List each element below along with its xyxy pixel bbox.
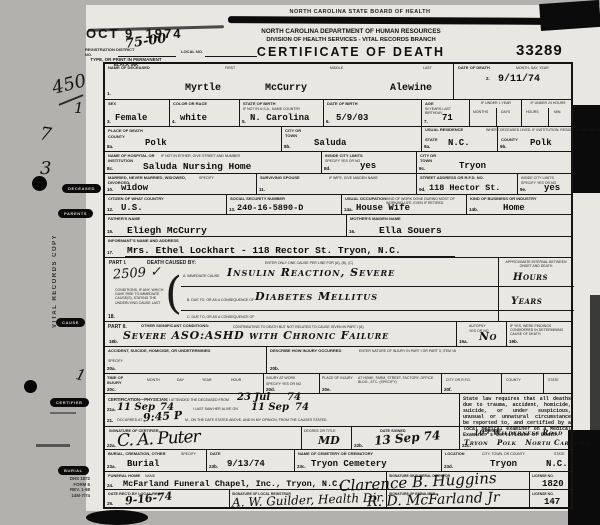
certificate-title: CERTIFICATE OF DEATH bbox=[230, 45, 472, 59]
res-city-number: 9c. bbox=[419, 166, 425, 171]
occupation-label: USUAL OCCUPATION bbox=[345, 197, 386, 202]
burial-date-label: DATE bbox=[210, 452, 221, 457]
how-injury-label: DESCRIBE HOW INJURY OCCURRED bbox=[270, 349, 341, 354]
injury-city-label: CITY OR R.F.D. bbox=[446, 378, 471, 382]
hole-punch-top bbox=[32, 176, 47, 191]
certificate-number: 33289 bbox=[516, 42, 563, 59]
field-date-signed: DATE SIGNED 22b. 13 Sep 74 bbox=[351, 426, 459, 449]
field-business: KIND OF BUSINESS OR INDUSTRY 14b. Home bbox=[466, 194, 573, 214]
division-line: DIVISION OF HEALTH SERVICES - VITAL RECO… bbox=[235, 37, 467, 43]
spouse-sub: IF WIFE, GIVE MAIDEN NAME bbox=[329, 176, 378, 180]
dod-sub: MONTH, DAY, YEAR bbox=[516, 66, 566, 70]
cause-a-value: Insulin Reaction, Severe bbox=[227, 266, 395, 279]
field-place-of-death-city: CITY OR TOWN 8b. Saluda bbox=[281, 126, 421, 151]
license-2-label: LICENSE NO. bbox=[532, 492, 554, 496]
right-edge-shadow-2 bbox=[590, 295, 600, 435]
mother-label: MOTHER'S MAIDEN NAME bbox=[350, 217, 401, 222]
tab-deceased: DECEASED bbox=[62, 184, 101, 193]
time-of-death-value: 9:45 P bbox=[143, 409, 183, 425]
informant-value: Mrs. Ethel Lockhart - 118 Rector St. Try… bbox=[127, 245, 401, 256]
torn-corner bbox=[539, 0, 600, 31]
margin-dash-2 bbox=[36, 444, 70, 447]
res-state-value: N.C. bbox=[448, 138, 470, 148]
attended-label: I ATTENDED THE DECEASED FROM bbox=[169, 398, 229, 402]
res-city-label: CITY OR TOWN bbox=[420, 154, 444, 164]
interval-label: APPROXIMATE INTERVAL BETWEEN ONSET AND D… bbox=[502, 260, 570, 268]
race-number: 4. bbox=[172, 119, 176, 124]
degree-value: MD bbox=[318, 434, 340, 447]
form-code-4: 14M-7/74 bbox=[42, 493, 90, 499]
under24-hours: HOURS bbox=[526, 110, 539, 114]
business-value: Home bbox=[503, 203, 525, 213]
ssn-label: SOCIAL SECURITY NUMBER bbox=[230, 197, 285, 202]
field-sex: SEX 3. Female bbox=[105, 99, 169, 126]
field-date-of-birth: DATE OF BIRTH 6. 5/9/03 bbox=[323, 99, 421, 126]
res-city-value: Tryon bbox=[459, 161, 486, 171]
funeral-home-sub: NAME bbox=[145, 474, 155, 478]
burial-date-value: 9/13/74 bbox=[227, 459, 265, 469]
location-sub-city: CITY, TOWN, OR COUNTY bbox=[482, 452, 525, 456]
accident-number: 20a. bbox=[107, 366, 116, 371]
field-surviving-spouse: SURVIVING SPOUSE IF WIFE, GIVE MAIDEN NA… bbox=[256, 173, 416, 194]
interval-a-value: Hours bbox=[513, 272, 548, 283]
hospital-value: Saluda Nursing Home bbox=[143, 161, 251, 172]
field-mother: MOTHER'S MAIDEN NAME 16. Ella Souers bbox=[346, 214, 573, 236]
accident-label: ACCIDENT, SUICIDE, HOMICIDE, OR UNDETERM… bbox=[108, 349, 228, 354]
pod-county-value: Polk bbox=[145, 138, 167, 148]
findings-number: 19b. bbox=[509, 339, 518, 344]
field-residence-state: USUAL RESIDENCE WHERE DECEASED LIVED. IF… bbox=[421, 126, 497, 151]
dod-label: DATE OF DEATH bbox=[458, 66, 490, 71]
field-burial-date: DATE 23b. 9/13/74 bbox=[206, 449, 294, 471]
field-place-of-injury: PLACE OF INJURY AT HOME, FARM, STREET, F… bbox=[319, 373, 441, 393]
under1-divider bbox=[496, 108, 497, 127]
field-accident-type: ACCIDENT, SUICIDE, HOMICIDE, OR UNDETERM… bbox=[105, 346, 266, 373]
address-line-1: 107 Wilderness Road bbox=[474, 428, 563, 437]
time-injury-year: YEAR bbox=[202, 378, 212, 382]
pod-county-number: 8a. bbox=[107, 144, 113, 149]
how-injury-number: 20b. bbox=[270, 366, 279, 371]
location-label: LOCATION bbox=[445, 452, 465, 457]
time-injury-hour: HOUR bbox=[231, 378, 241, 382]
conditions-brace: ( bbox=[165, 268, 182, 319]
father-number: 15. bbox=[107, 229, 113, 234]
address-line-2: Tryon Polk North Carolina bbox=[464, 438, 590, 447]
scanned-death-certificate: NORTH CAROLINA STATE BOARD OF HEALTH OCT… bbox=[0, 0, 600, 525]
field-place-of-death-county: PLACE OF DEATH COUNTY 8a. Polk bbox=[105, 126, 281, 151]
icl1-number: 8d. bbox=[324, 166, 331, 171]
father-value: Eliegh McCurry bbox=[127, 225, 207, 236]
sex-value: Female bbox=[115, 113, 147, 123]
field-injury-county: COUNTY bbox=[501, 373, 543, 393]
field-date-of-death: DATE OF DEATH MONTH, DAY, YEAR 2. 9/11/7… bbox=[453, 64, 573, 99]
accident-sub: SPECIFY bbox=[108, 359, 123, 363]
under1-label: IF UNDER 1 YEAR bbox=[472, 101, 520, 105]
field-license-1: LICENSE NO. 1820 bbox=[529, 471, 573, 489]
cause-b-value: Diabetes Mellitus bbox=[255, 290, 378, 303]
pod-city-number: 8b. bbox=[284, 144, 291, 149]
department-line: NORTH CAROLINA DEPARTMENT OF HUMAN RESOU… bbox=[235, 28, 467, 35]
item-18-number: 18. bbox=[108, 314, 115, 320]
code-2509: 2509 ✓ bbox=[113, 264, 162, 282]
degree-label: DEGREE OR TITLE bbox=[304, 429, 348, 433]
icl2-value: yes bbox=[544, 183, 560, 193]
hole-punch-bottom bbox=[24, 380, 37, 393]
location-state-value: N.C. bbox=[546, 459, 568, 469]
cemetery-label: NAME OF CEMETERY OR CREMATORY bbox=[298, 452, 373, 457]
date-signed-number: 22b. bbox=[354, 443, 363, 448]
number-21: 21. bbox=[107, 418, 113, 423]
conditions-note: CONDITIONS, IF ANY, WHICH GAVE RISE TO I… bbox=[115, 288, 165, 305]
autopsy-number: 19a. bbox=[459, 339, 468, 344]
interval-a-rule bbox=[499, 286, 574, 287]
field-burial: BURIAL, CREMATION, OTHER SPECIFY 23a. Bu… bbox=[105, 449, 206, 471]
name-col-middle: MIDDLE bbox=[330, 66, 343, 70]
field-injury-at-work: INJURY AT WORK SPECIFY YES OR NO 20d. bbox=[263, 373, 319, 393]
field-if-under-24-hours: IF UNDER 24 HOURS HOURS MIN. bbox=[521, 99, 573, 126]
part2-number: 18b. bbox=[109, 339, 118, 344]
mother-value: Ella Souers bbox=[379, 225, 442, 236]
last-saw-label: I LAST SAW HER ALIVE ON bbox=[193, 407, 238, 411]
tab-burial: BURIAL bbox=[58, 466, 89, 475]
cause-b-label: b. DUE TO, OR AS A CONSEQUENCE OF bbox=[187, 298, 254, 302]
birth-state-number: 5. bbox=[242, 119, 246, 124]
field-father: FATHER'S NAME 15. Eliegh McCurry bbox=[105, 214, 346, 236]
birth-state-sub: IF NOT IN U.S.A., NAME COUNTRY bbox=[243, 107, 321, 111]
section-part1-cause-of-death: PART I. DEATH CAUSED BY: ENTER ONLY ONE … bbox=[105, 257, 573, 321]
informant-number: 17. bbox=[107, 250, 113, 255]
field-embalmer-signature: SIGNATURE OF EMBALMER R. D. McFarland Jr bbox=[386, 489, 529, 507]
res-state-label: STATE bbox=[425, 138, 438, 143]
field-ssn: SOCIAL SECURITY NUMBER 13. 240-16-5890-D bbox=[226, 194, 341, 214]
date-received-number: 25. bbox=[107, 501, 113, 506]
under1-months: MONTHS bbox=[473, 110, 488, 114]
funeral-home-number: 24. bbox=[107, 483, 113, 488]
ssn-value: 240-16-5890-D bbox=[237, 203, 303, 213]
section-certification: CERTIFICATION—PHYSICIAN: I ATTENDED THE … bbox=[105, 393, 459, 426]
place-injury-number: 20e. bbox=[322, 387, 331, 392]
burial-sub: SPECIFY bbox=[181, 452, 196, 456]
street-value: 118 Hector St. bbox=[429, 183, 500, 193]
tab-cause: CAUSE bbox=[56, 318, 85, 327]
field-informant: INFORMANT'S NAME AND ADDRESS 17. Mrs. Et… bbox=[105, 236, 573, 257]
hospital-number: 8c. bbox=[107, 166, 113, 171]
field-license-2: LICENSE NO. 147 bbox=[529, 489, 573, 507]
dob-label: DATE OF BIRTH bbox=[327, 102, 358, 107]
business-number: 14b. bbox=[469, 207, 478, 212]
field-occupation: USUAL OCCUPATION KIND OF WORK DONE DURIN… bbox=[341, 194, 466, 214]
field-funeral-director-signature: SIGNATURE OF FUNERAL DIRECTOR Clarence B… bbox=[386, 471, 529, 489]
field-inside-city-limits-2: INSIDE CITY LIMITS SPECIFY YES OR NO 9e.… bbox=[517, 173, 573, 194]
father-label: FATHER'S NAME bbox=[108, 217, 140, 222]
local-no-label: LOCAL NO. bbox=[181, 50, 203, 55]
location-number: 23d. bbox=[444, 464, 453, 469]
field-signature-of-certifier: SIGNATURE OF CERTIFIER 22a. C. A. Puter bbox=[105, 426, 301, 449]
street-number: 9d. bbox=[419, 187, 426, 192]
dob-number: 6. bbox=[326, 119, 330, 124]
burial-value: Burial bbox=[127, 459, 159, 469]
interval-b-rule bbox=[499, 310, 574, 311]
pod-county-label: COUNTY bbox=[108, 135, 125, 140]
icl1-sub: SPECIFY YES OR NO bbox=[325, 159, 360, 163]
age-value: 71 bbox=[442, 113, 453, 123]
cemetery-number: 23c. bbox=[297, 464, 306, 469]
place-injury-label: PLACE OF INJURY bbox=[322, 376, 353, 380]
citizen-number: 12. bbox=[107, 207, 113, 212]
field-injury-state: STATE bbox=[543, 373, 573, 393]
cause-a-rule bbox=[181, 286, 498, 287]
birth-state-value: N. Carolina bbox=[250, 113, 309, 123]
board-of-health-line: NORTH CAROLINA STATE BOARD OF HEALTH bbox=[240, 9, 480, 15]
cause-c-label: c. DUE TO, OR AS A CONSEQUENCE OF bbox=[187, 315, 254, 319]
field-burial-location: LOCATION CITY, TOWN, OR COUNTY STATE 23d… bbox=[441, 449, 573, 471]
occupation-value: House Wife bbox=[356, 203, 410, 213]
tab-parents: PARENTS bbox=[58, 209, 93, 218]
under24-divider bbox=[548, 108, 549, 127]
field-race: COLOR OR RACE 4. white bbox=[169, 99, 239, 126]
field-street-address: STREET ADDRESS OR R.F.D. NO. 9d. 118 Hec… bbox=[416, 173, 517, 194]
state-law-notice: State law requires that all deaths due t… bbox=[459, 393, 573, 426]
marital-number: 10. bbox=[107, 187, 113, 192]
field-autopsy-findings: IF YES, WERE FINDINGS CONSIDERED IN DETE… bbox=[506, 321, 573, 346]
name-col-first: FIRST bbox=[225, 66, 235, 70]
hospital-sub: IF NOT IN EITHER, GIVE STREET AND NUMBER bbox=[161, 154, 281, 158]
cause-a-label: a. IMMEDIATE CAUSE bbox=[183, 274, 220, 278]
certificate-form: NAME OF DECEASED FIRST MIDDLE LAST 1. My… bbox=[103, 62, 573, 509]
injury-city-number: 20f. bbox=[444, 387, 452, 392]
dod-value: 9/11/74 bbox=[498, 74, 540, 85]
field-age: AGE IN YEARS LAST BIRTHDAY 7. 71 bbox=[421, 99, 469, 126]
citizen-label: CITIZEN OF WHAT COUNTRY bbox=[108, 197, 164, 202]
field-part2-conditions: PART II. OTHER SIGNIFICANT CONDITIONS: C… bbox=[105, 321, 456, 346]
margin-hand-7: 7 bbox=[39, 123, 53, 145]
sex-number: 3. bbox=[107, 119, 111, 124]
residence-header: USUAL RESIDENCE bbox=[425, 128, 485, 133]
bottom-left-blot bbox=[86, 510, 148, 525]
age-number: 7. bbox=[424, 119, 428, 124]
name-middle-value: McCurry bbox=[265, 83, 307, 94]
name-number: 1. bbox=[107, 91, 111, 96]
last-saw-year: 74 bbox=[295, 402, 309, 413]
race-value: white bbox=[180, 113, 207, 123]
interval-b-value: Years bbox=[511, 296, 542, 307]
pod-city-value: Saluda bbox=[314, 138, 346, 148]
field-if-under-1-year: IF UNDER 1 YEAR MONTHS DAYS bbox=[469, 99, 521, 126]
spouse-number: 11. bbox=[259, 187, 265, 192]
interval-column: APPROXIMATE INTERVAL BETWEEN ONSET AND D… bbox=[498, 258, 573, 322]
icl2-label: INSIDE CITY LIMITS bbox=[521, 176, 571, 180]
cause-b-rule bbox=[181, 310, 498, 311]
embalmer-signature: R. D. McFarland Jr bbox=[367, 490, 500, 511]
time-injury-number: 20c. bbox=[107, 387, 116, 392]
part1-label: PART I. bbox=[109, 260, 126, 266]
field-injury-city: CITY OR R.F.D. 20f. bbox=[441, 373, 501, 393]
mother-number: 16. bbox=[349, 229, 355, 234]
injury-work-label: INJURY AT WORK bbox=[266, 376, 318, 380]
burial-date-number: 23b. bbox=[209, 464, 218, 469]
injury-county-label: COUNTY bbox=[506, 378, 521, 382]
marital-sub: SPECIFY bbox=[199, 176, 214, 180]
injury-state-label: STATE bbox=[548, 378, 559, 382]
funeral-home-value: McFarland Funeral Chapel, Inc., Tryon, N… bbox=[123, 479, 342, 489]
how-injury-sub: ENTER NATURE OF INJURY IN PART I OR PART… bbox=[359, 349, 509, 353]
dob-value: 5/9/03 bbox=[336, 113, 368, 123]
under24-label: IF UNDER 24 HOURS bbox=[524, 101, 572, 105]
last-saw-value: 11 Sep bbox=[251, 402, 289, 413]
tab-certifier: CERTIFIER bbox=[50, 398, 89, 407]
res-state-number: 9a. bbox=[424, 144, 430, 149]
location-city-value: Tryon bbox=[490, 459, 517, 469]
autopsy-label: AUTOPSY bbox=[469, 324, 486, 328]
part2-value: Severe ASO:ASHD with Chronic Failure bbox=[123, 329, 389, 342]
sig-certifier-number: 22a. bbox=[107, 443, 116, 448]
occurred-label: OCCURRED AT bbox=[117, 418, 142, 422]
under24-min: MIN. bbox=[554, 110, 561, 114]
occupation-number: 14a. bbox=[344, 207, 353, 212]
burial-number: 23a. bbox=[107, 464, 116, 469]
field-time-of-injury: TIME OF INJURY MONTH DAY YEAR HOUR 20c. bbox=[105, 373, 263, 393]
spouse-label: SURVIVING SPOUSE bbox=[260, 176, 300, 181]
field-autopsy: AUTOPSY YES OR NO 19a. No bbox=[456, 321, 506, 346]
res-county-label: COUNTY bbox=[501, 138, 518, 143]
citizen-value: U.S. bbox=[121, 203, 143, 213]
field-residence-county: COUNTY 9b. Polk bbox=[497, 126, 573, 151]
field-residence-city: CITY OR TOWN 9c. Tryon bbox=[416, 151, 573, 173]
field-cemetery: NAME OF CEMETERY OR CREMATORY 23c. Tryon… bbox=[294, 449, 441, 471]
location-sub-state: STATE bbox=[554, 452, 565, 456]
field-citizen: CITIZEN OF WHAT COUNTRY 12. U.S. bbox=[105, 194, 226, 214]
icl1-value: yes bbox=[360, 161, 376, 171]
field-name-of-deceased: NAME OF DECEASED FIRST MIDDLE LAST 1. My… bbox=[105, 64, 453, 99]
field-degree-or-title: DEGREE OR TITLE MD bbox=[301, 426, 351, 449]
findings-label: IF YES, WERE FINDINGS CONSIDERED IN DETE… bbox=[510, 324, 570, 337]
place-injury-sub: AT HOME, FARM, STREET, FACTORY, OFFICE B… bbox=[358, 376, 438, 384]
res-county-number: 9b. bbox=[500, 144, 507, 149]
autopsy-value: No bbox=[479, 330, 497, 343]
res-county-value: Polk bbox=[530, 138, 552, 148]
street-label: STREET ADDRESS OR R.F.D. NO. bbox=[420, 176, 510, 181]
field-registrar-signature: SIGNATURE OF LOCAL REGISTRAR A. W. Guild… bbox=[229, 489, 386, 507]
occurred-tail: M., ON THE DATE STATED ABOVE, AND IN MY … bbox=[185, 418, 453, 422]
name-first-value: Myrtle bbox=[185, 83, 221, 94]
field-state-of-birth: STATE OF BIRTH IF NOT IN U.S.A., NAME CO… bbox=[239, 99, 323, 126]
vital-records-copy-label: VITAL RECORDS COPY bbox=[52, 206, 58, 328]
part1-sub: ENTER ONLY ONE CAUSE PER LINE FOR (a), (… bbox=[265, 261, 353, 265]
ssn-number: 13. bbox=[229, 207, 235, 212]
cemetery-value: Tryon Cemetery bbox=[311, 459, 387, 469]
marital-value: widow bbox=[121, 183, 148, 193]
certifier-signature: C. A. Puter bbox=[117, 427, 201, 451]
field-marital-status: MARRIED, NEVER MARRIED, WIDOWED, DIVORCE… bbox=[105, 173, 256, 194]
field-hospital: NAME OF HOSPITAL OR INSTITUTION IF NOT I… bbox=[105, 151, 321, 173]
margin-dash-1 bbox=[50, 412, 76, 414]
right-edge-shadow-1 bbox=[572, 105, 600, 193]
sex-label: SEX bbox=[108, 102, 116, 107]
business-label: KIND OF BUSINESS OR INDUSTRY bbox=[470, 197, 570, 202]
field-date-received: DATE REC'D BY LOCAL REG. 25. 9-16-74 bbox=[105, 489, 229, 507]
time-injury-day: DAY bbox=[177, 378, 184, 382]
number-21a: 21a. bbox=[107, 407, 116, 412]
injury-work-sub: SPECIFY YES OR NO bbox=[266, 382, 301, 386]
pod-city-label: CITY OR TOWN bbox=[285, 129, 309, 139]
license-2-value: 147 bbox=[544, 497, 560, 507]
field-inside-city-limits-1: INSIDE CITY LIMITS SPECIFY YES OR NO 8d.… bbox=[321, 151, 416, 173]
name-last-value: Alewine bbox=[390, 83, 432, 94]
name-label: NAME OF DECEASED bbox=[108, 66, 150, 71]
dod-number: 2. bbox=[486, 76, 490, 81]
under1-days: DAYS bbox=[501, 110, 510, 114]
field-certifier-address: ADDRESS 22c. 107 Wilderness Road Tryon P… bbox=[459, 426, 573, 449]
license-1-label: LICENSE NO. bbox=[532, 474, 554, 478]
burial-label: BURIAL, CREMATION, OTHER bbox=[108, 452, 178, 457]
time-injury-month: MONTH bbox=[147, 378, 160, 382]
form-code-block: DHS 1872 FORM 5 REV. 1-68 14M-7/74 bbox=[42, 476, 90, 498]
informant-label: INFORMANT'S NAME AND ADDRESS bbox=[108, 239, 179, 244]
margin-hand-1: 1 bbox=[74, 99, 84, 117]
field-how-injury-occurred: DESCRIBE HOW INJURY OCCURRED ENTER NATUR… bbox=[266, 346, 573, 373]
icl2-number: 9e. bbox=[520, 187, 526, 192]
time-injury-label: TIME OF INJURY bbox=[107, 376, 137, 386]
name-col-last: LAST bbox=[423, 66, 432, 70]
race-label: COLOR OR RACE bbox=[173, 102, 207, 107]
license-1-value: 1820 bbox=[542, 479, 564, 489]
